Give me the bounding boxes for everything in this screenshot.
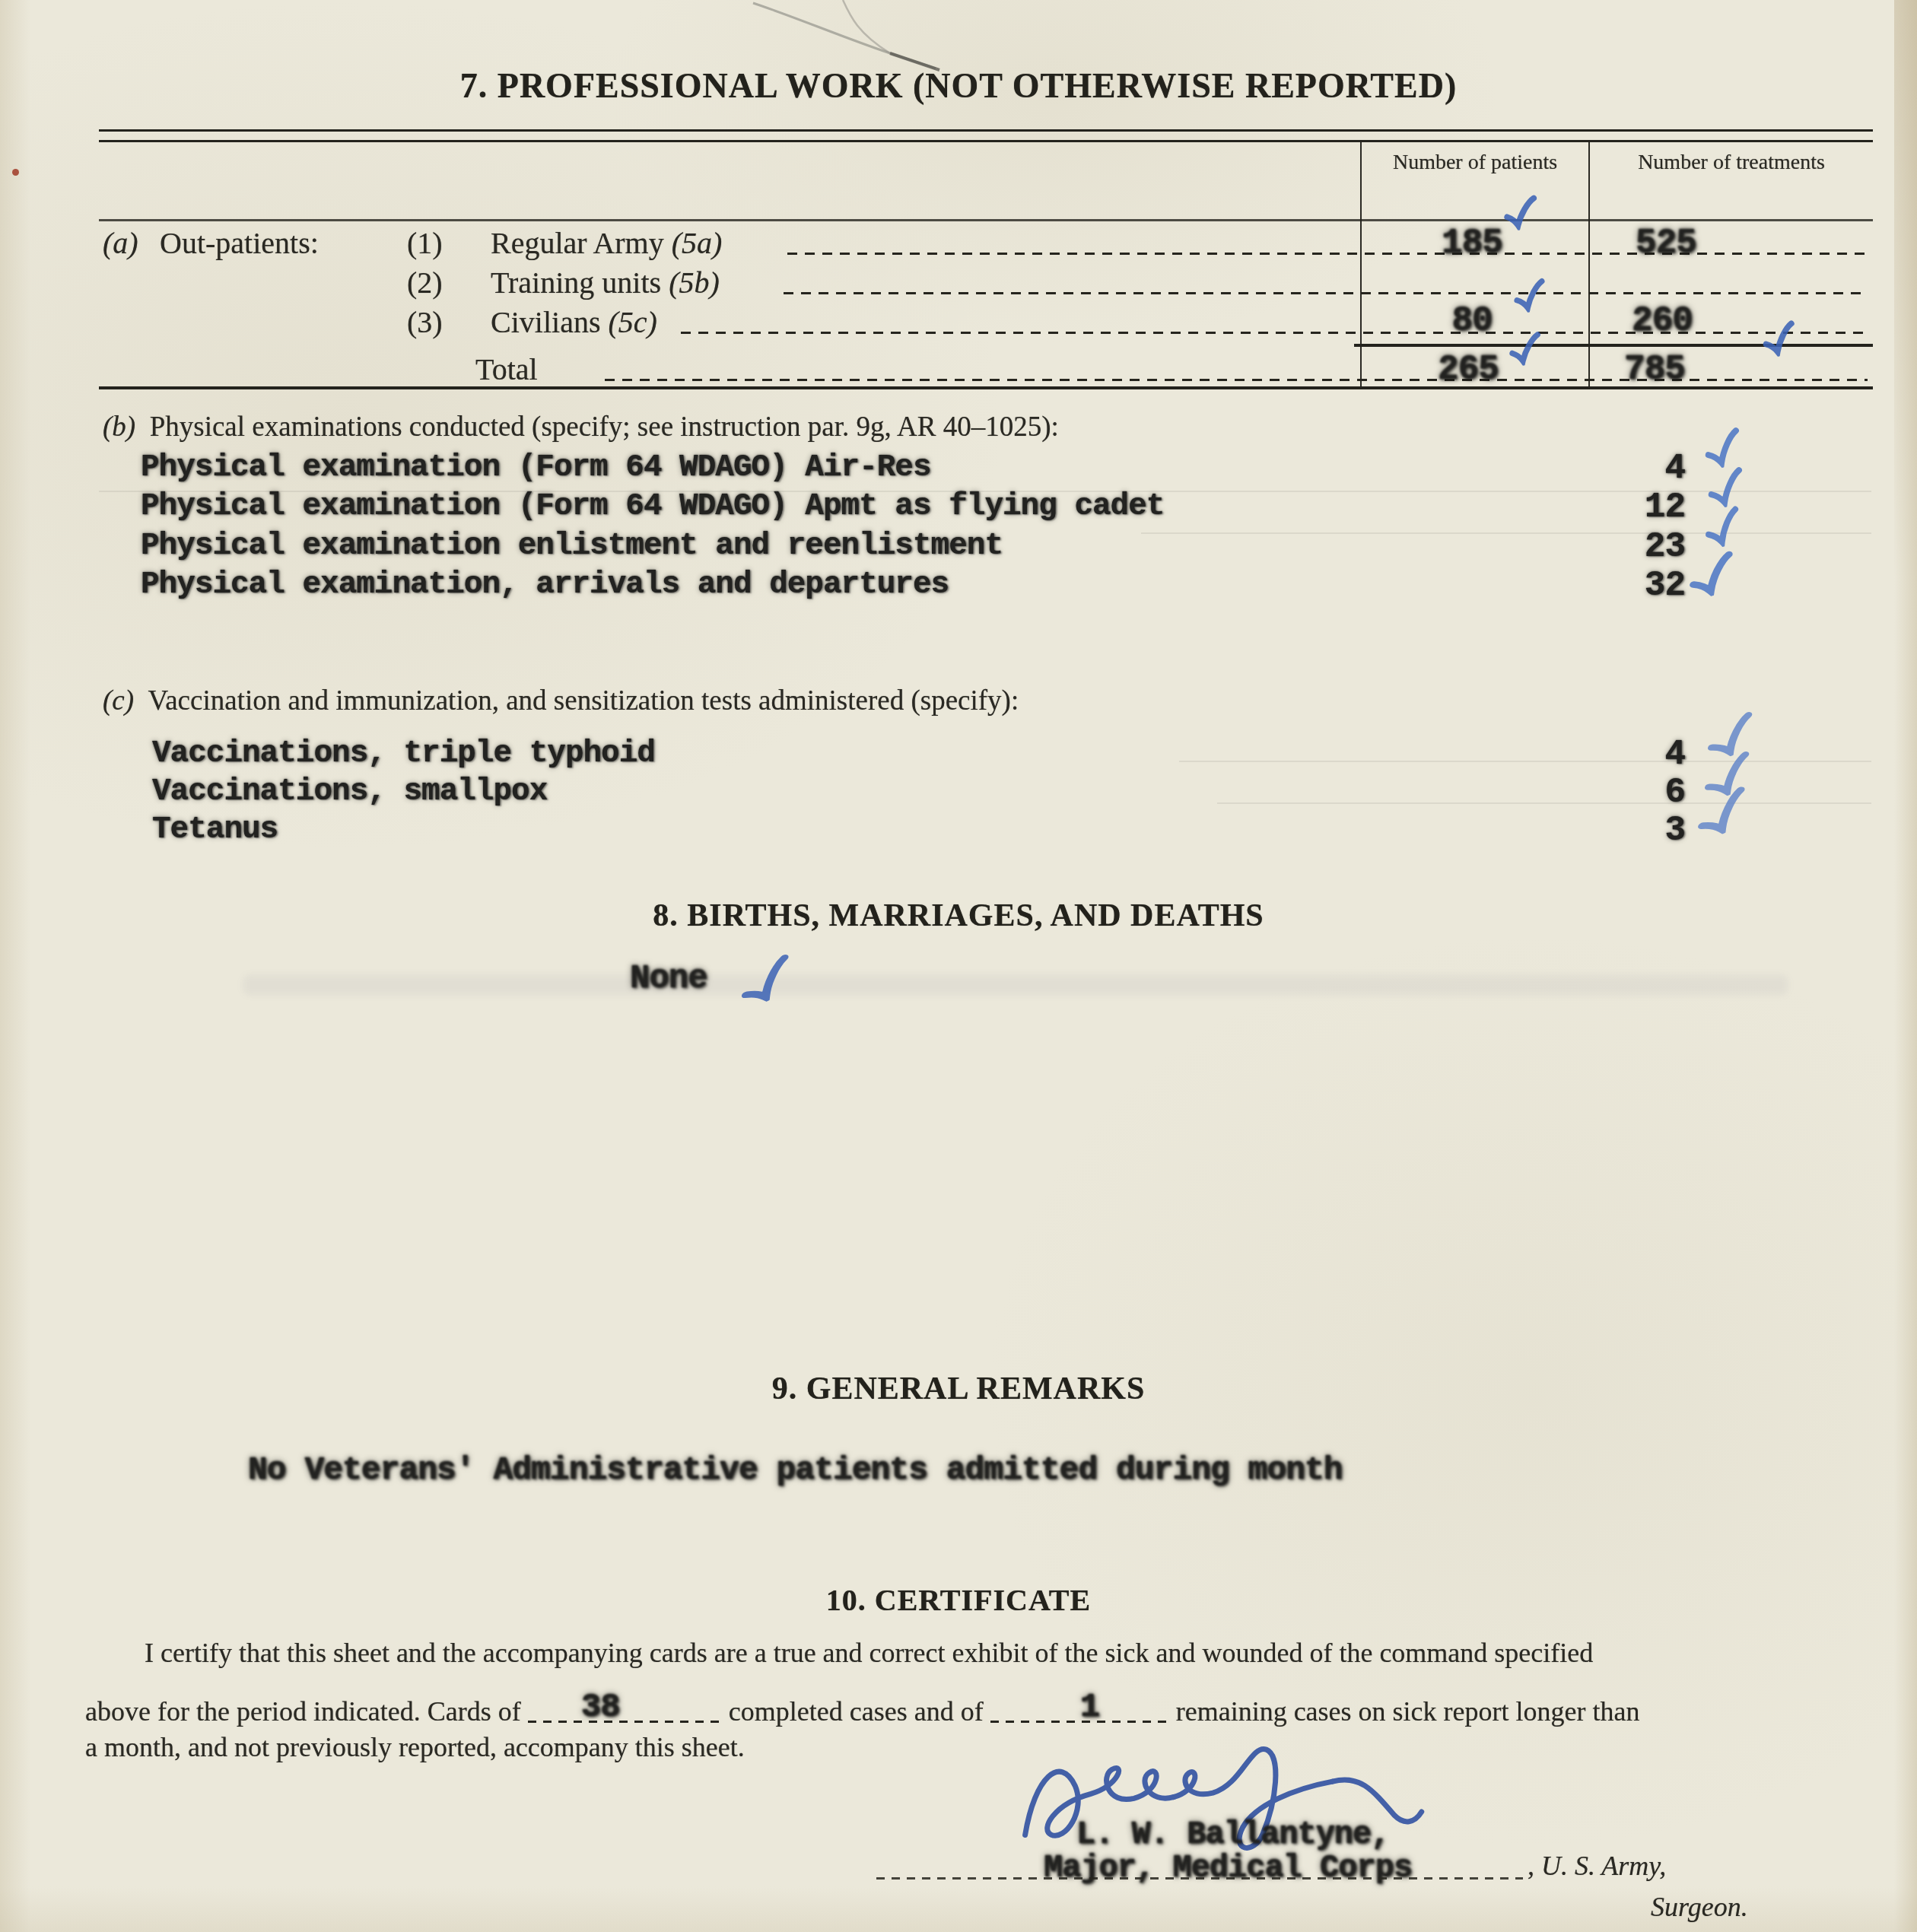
typed-entry-value: 4 [1590,735,1685,774]
table-top-rule-2 [99,140,1873,142]
value-treatments-civilians: 260 [1605,301,1719,341]
column-header-treatments: Number of treatments [1590,151,1873,175]
row-label-ref: (5a) [672,226,723,260]
checkmark-icon [1505,331,1545,368]
typed-entry: Physical examination, arrivals and depar… [141,567,949,602]
subsection-c-text: Vaccination and immunization, and sensit… [148,685,1019,717]
subsection-c-heading: (c) Vaccination and immunization, and se… [103,685,1019,717]
row-label-ref: (5b) [669,265,720,300]
typed-entry: Physical examination enlistment and reen… [141,529,1003,564]
row-number: (3) [407,304,443,340]
surgeon-label: Surgeon. [1651,1891,1748,1923]
certificate-line3: a month, and not previously reported, ac… [85,1731,745,1763]
table-vline-treatments [1588,142,1590,388]
dashed-leader [784,292,1868,294]
remaining-cases-blank: 1 [990,1695,1169,1727]
typed-entry-value: 6 [1590,773,1685,812]
row-label-training-units: Training units (5b) [491,265,720,300]
value-patients-civilians: 80 [1430,301,1514,341]
certificate-line2-mid: completed cases and of [729,1696,984,1727]
remaining-cases-value: 1 [1080,1689,1099,1727]
row-label-text: Civilians [491,305,608,339]
row-number: (1) [407,225,443,261]
subsection-b-text: Physical examinations conducted (specify… [150,412,1059,443]
section9-title: 9. GENERAL REMARKS [0,1371,1917,1407]
checkmark-icon [1680,549,1744,602]
subsection-b-tag: (b) [103,412,135,443]
value-treatments-total: 785 [1597,350,1712,389]
faint-form-line [1179,761,1871,762]
faint-form-line [1217,802,1871,804]
subsection-b-heading: (b) Physical examinations conducted (spe… [103,411,1059,443]
typed-entry-value: 4 [1590,449,1685,488]
subsection-c-tag: (c) [103,685,134,717]
value-treatments-regular-army: 525 [1613,224,1719,263]
red-ink-fleck [12,169,19,176]
typed-entry-value: 23 [1590,527,1685,567]
pencil-crease-marks [707,0,1035,76]
row-label-total: Total [475,351,538,387]
checkmark-icon [1702,466,1750,511]
checkmark-icon [1758,319,1801,359]
typed-entry-value: 12 [1590,488,1685,527]
section7-title: 7. PROFESSIONAL WORK (NOT OTHERWISE REPO… [0,65,1917,106]
checkmark-icon [1510,277,1550,314]
checkmark-icon [726,950,807,1013]
row-number: (2) [407,265,443,300]
bleedthrough-smudge [243,975,1788,995]
section10-title: 10. CERTIFICATE [0,1582,1917,1618]
scanned-medical-report-page: 7. PROFESSIONAL WORK (NOT OTHERWISE REPO… [0,0,1917,1932]
section8-title: 8. BIRTHS, MARRIAGES, AND DEATHS [0,898,1917,934]
row-tag: (a) [103,225,138,261]
completed-cases-value: 38 [581,1689,620,1727]
typed-entry-value: 32 [1590,566,1685,605]
army-label: , U. S. Army, [1528,1850,1666,1882]
typed-entry-value: 3 [1590,811,1685,850]
typed-entry: Tetanus [152,812,278,847]
table-top-rule-1 [99,129,1873,132]
typed-signature-name: L. W. Ballantyne, [1076,1816,1389,1853]
typed-entry: Vaccinations, triple typhoid [152,736,655,771]
typed-remark: No Veterans' Administrative patients adm… [248,1451,1343,1489]
certificate-line1: I certify that this sheet and the accomp… [145,1637,1593,1669]
value-patients-total: 265 [1419,350,1518,389]
table-bottom-rule [99,386,1873,389]
row-label-civilians: Civilians (5c) [491,304,657,340]
checkmark-icon [1699,426,1747,472]
column-header-patients: Number of patients [1362,151,1588,175]
row-label-regular-army: Regular Army (5a) [491,225,722,261]
typed-entry: Physical examination (Form 64 WDAGO) Air… [141,450,931,485]
checkmark-icon [1500,194,1541,232]
signature-dashed-line [876,1877,1523,1880]
checkmark-icon [1698,504,1747,551]
header-underline [99,219,1873,221]
row-label-text: Training units [491,265,669,300]
row-label-text: Regular Army [491,226,672,260]
typed-entry: Vaccinations, smallpox [152,774,547,809]
typed-entry-none: None [630,960,707,998]
completed-cases-blank: 38 [528,1695,722,1727]
typed-entry: Physical examination (Form 64 WDAGO) Apm… [141,489,1164,524]
certificate-line2-pre: above for the period indicated. Cards of [85,1696,521,1727]
row-label-ref: (5c) [608,305,656,339]
faint-form-line [1141,532,1871,534]
table-vline-patients [1360,142,1362,388]
typed-signature-rank: Major, Medical Corps [1044,1850,1412,1886]
row-prefix: Out-patients: [160,225,319,261]
